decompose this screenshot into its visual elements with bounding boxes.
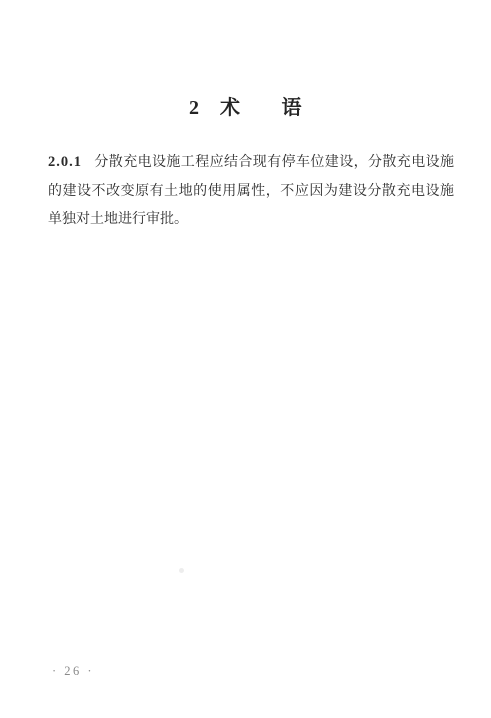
document-page: 2 术 语 2.0.1分散充电设施工程应结合现有停车位建设，分散充电设施 的建设… (0, 0, 491, 718)
paragraph-line: 2.0.1分散充电设施工程应结合现有停车位建设，分散充电设施 (48, 148, 454, 178)
clause-paragraph: 2.0.1分散充电设施工程应结合现有停车位建设，分散充电设施 的建设不改变原有土… (48, 148, 454, 235)
paragraph-text: 分散充电设施工程应结合现有停车位建设，分散充电设施 (94, 155, 454, 170)
paragraph-line: 的建设不改变原有土地的使用属性，不应因为建设分散充电设施 (48, 178, 454, 207)
clause-number: 2.0.1 (48, 154, 82, 170)
page-number: · 26 · (52, 664, 94, 679)
scan-speck (179, 568, 184, 573)
section-title: 2 术 语 (0, 91, 491, 120)
paragraph-line: 单独对土地进行审批。 (48, 206, 454, 235)
